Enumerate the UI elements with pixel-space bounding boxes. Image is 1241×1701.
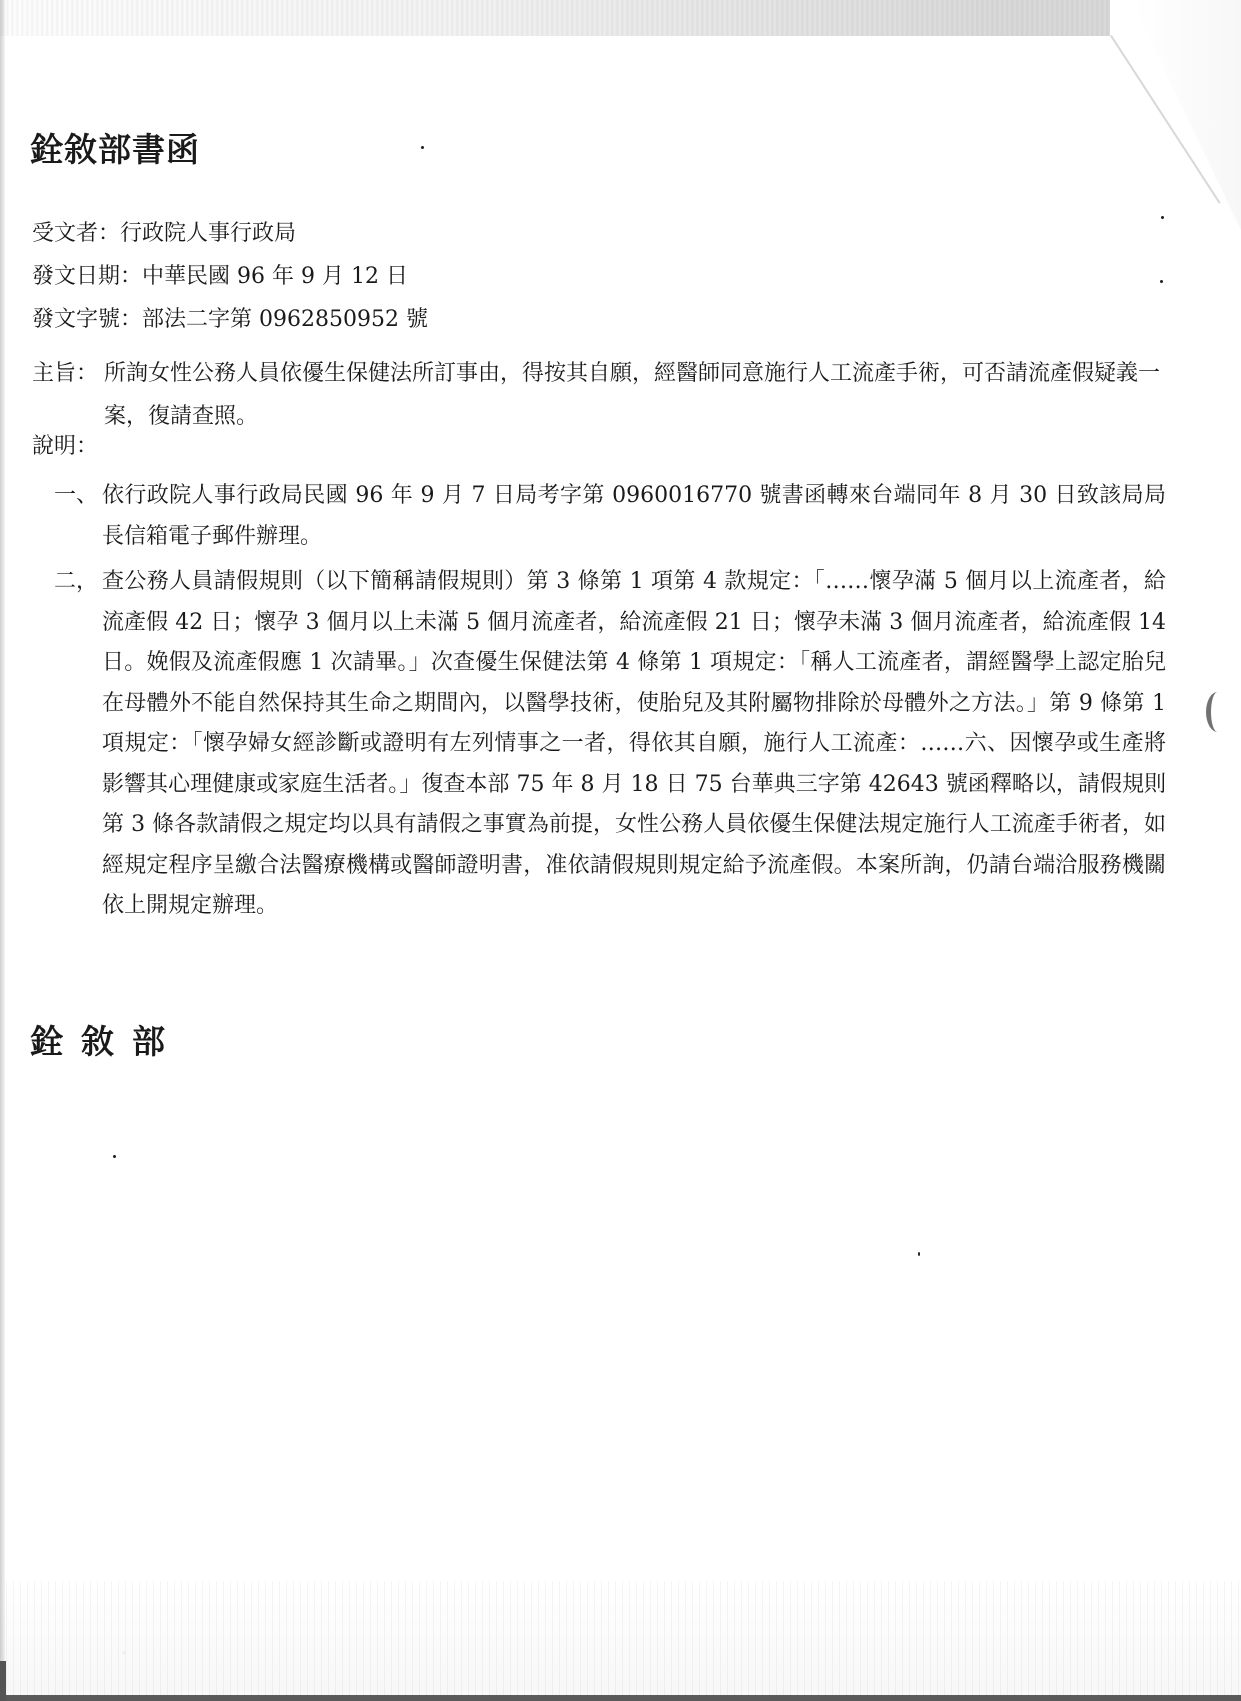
field-recipient: 受文者：行政院人事行政局 — [32, 220, 296, 248]
scan-bottom-noise — [0, 1581, 1241, 1701]
scan-speck — [421, 146, 424, 149]
field-value: 行政院人事行政局 — [120, 221, 296, 246]
scan-corner-shade — [1131, 0, 1241, 230]
scan-speck — [918, 1252, 920, 1256]
field-issue-date: 發文日期：中華民國 96 年 9 月 12 日 — [32, 263, 408, 291]
field-value: 部法二字第 0962850952 號 — [142, 307, 428, 332]
field-value: 中華民國 96 年 9 月 12 日 — [142, 264, 408, 289]
subject-label: 主旨： — [32, 352, 98, 395]
subject-section: 主旨： 所詢女性公務人員依優生保健法所訂事由，得按其自願，經醫師同意施行人工流產… — [32, 352, 1172, 438]
explanation-item-text: 依行政院人事行政局民國 96 年 9 月 7 日局考字第 0960016770 … — [102, 476, 1166, 557]
field-separator: ： — [120, 307, 142, 332]
subject-text: 所詢女性公務人員依優生保健法所訂事由，得按其自願，經醫師同意施行人工流產手術，可… — [104, 352, 1172, 438]
field-label: 發文日期 — [32, 264, 120, 289]
scan-speck — [1161, 216, 1164, 219]
explanation-label: 說明： — [32, 433, 98, 461]
scanned-document-page: 銓敘部書函 受文者：行政院人事行政局 發文日期：中華民國 96 年 9 月 12… — [0, 0, 1241, 1701]
field-document-number: 發文字號：部法二字第 0962850952 號 — [32, 306, 428, 334]
field-label: 發文字號 — [32, 307, 120, 332]
explanation-item-text: 查公務人員請假規則（以下簡稱請假規則）第 3 條第 1 項第 4 款規定：「……… — [102, 562, 1166, 927]
document-title: 銓敘部書函 — [30, 133, 200, 166]
scan-left-edge — [0, 0, 5, 1701]
scan-bottom-left-edge — [0, 1661, 6, 1701]
scan-speck — [1160, 280, 1163, 283]
punch-hole-mark — [1206, 692, 1229, 732]
explanation-item-number: 二， — [54, 562, 98, 603]
scan-speck — [113, 1155, 116, 1158]
explanation-item-2: 二， 查公務人員請假規則（以下簡稱請假規則）第 3 條第 1 項第 4 款規定：… — [54, 562, 1166, 927]
scan-top-noise — [0, 0, 1110, 36]
explanation-item-1: 一、 依行政院人事行政局民國 96 年 9 月 7 日局考字第 09600167… — [54, 476, 1166, 557]
field-label: 受文者 — [32, 221, 98, 246]
signature-issuer: 銓敘部 — [30, 1025, 183, 1058]
field-separator: ： — [98, 221, 120, 246]
explanation-item-number: 一、 — [54, 476, 98, 517]
field-separator: ： — [120, 264, 142, 289]
scan-bottom-edge — [0, 1695, 1241, 1701]
